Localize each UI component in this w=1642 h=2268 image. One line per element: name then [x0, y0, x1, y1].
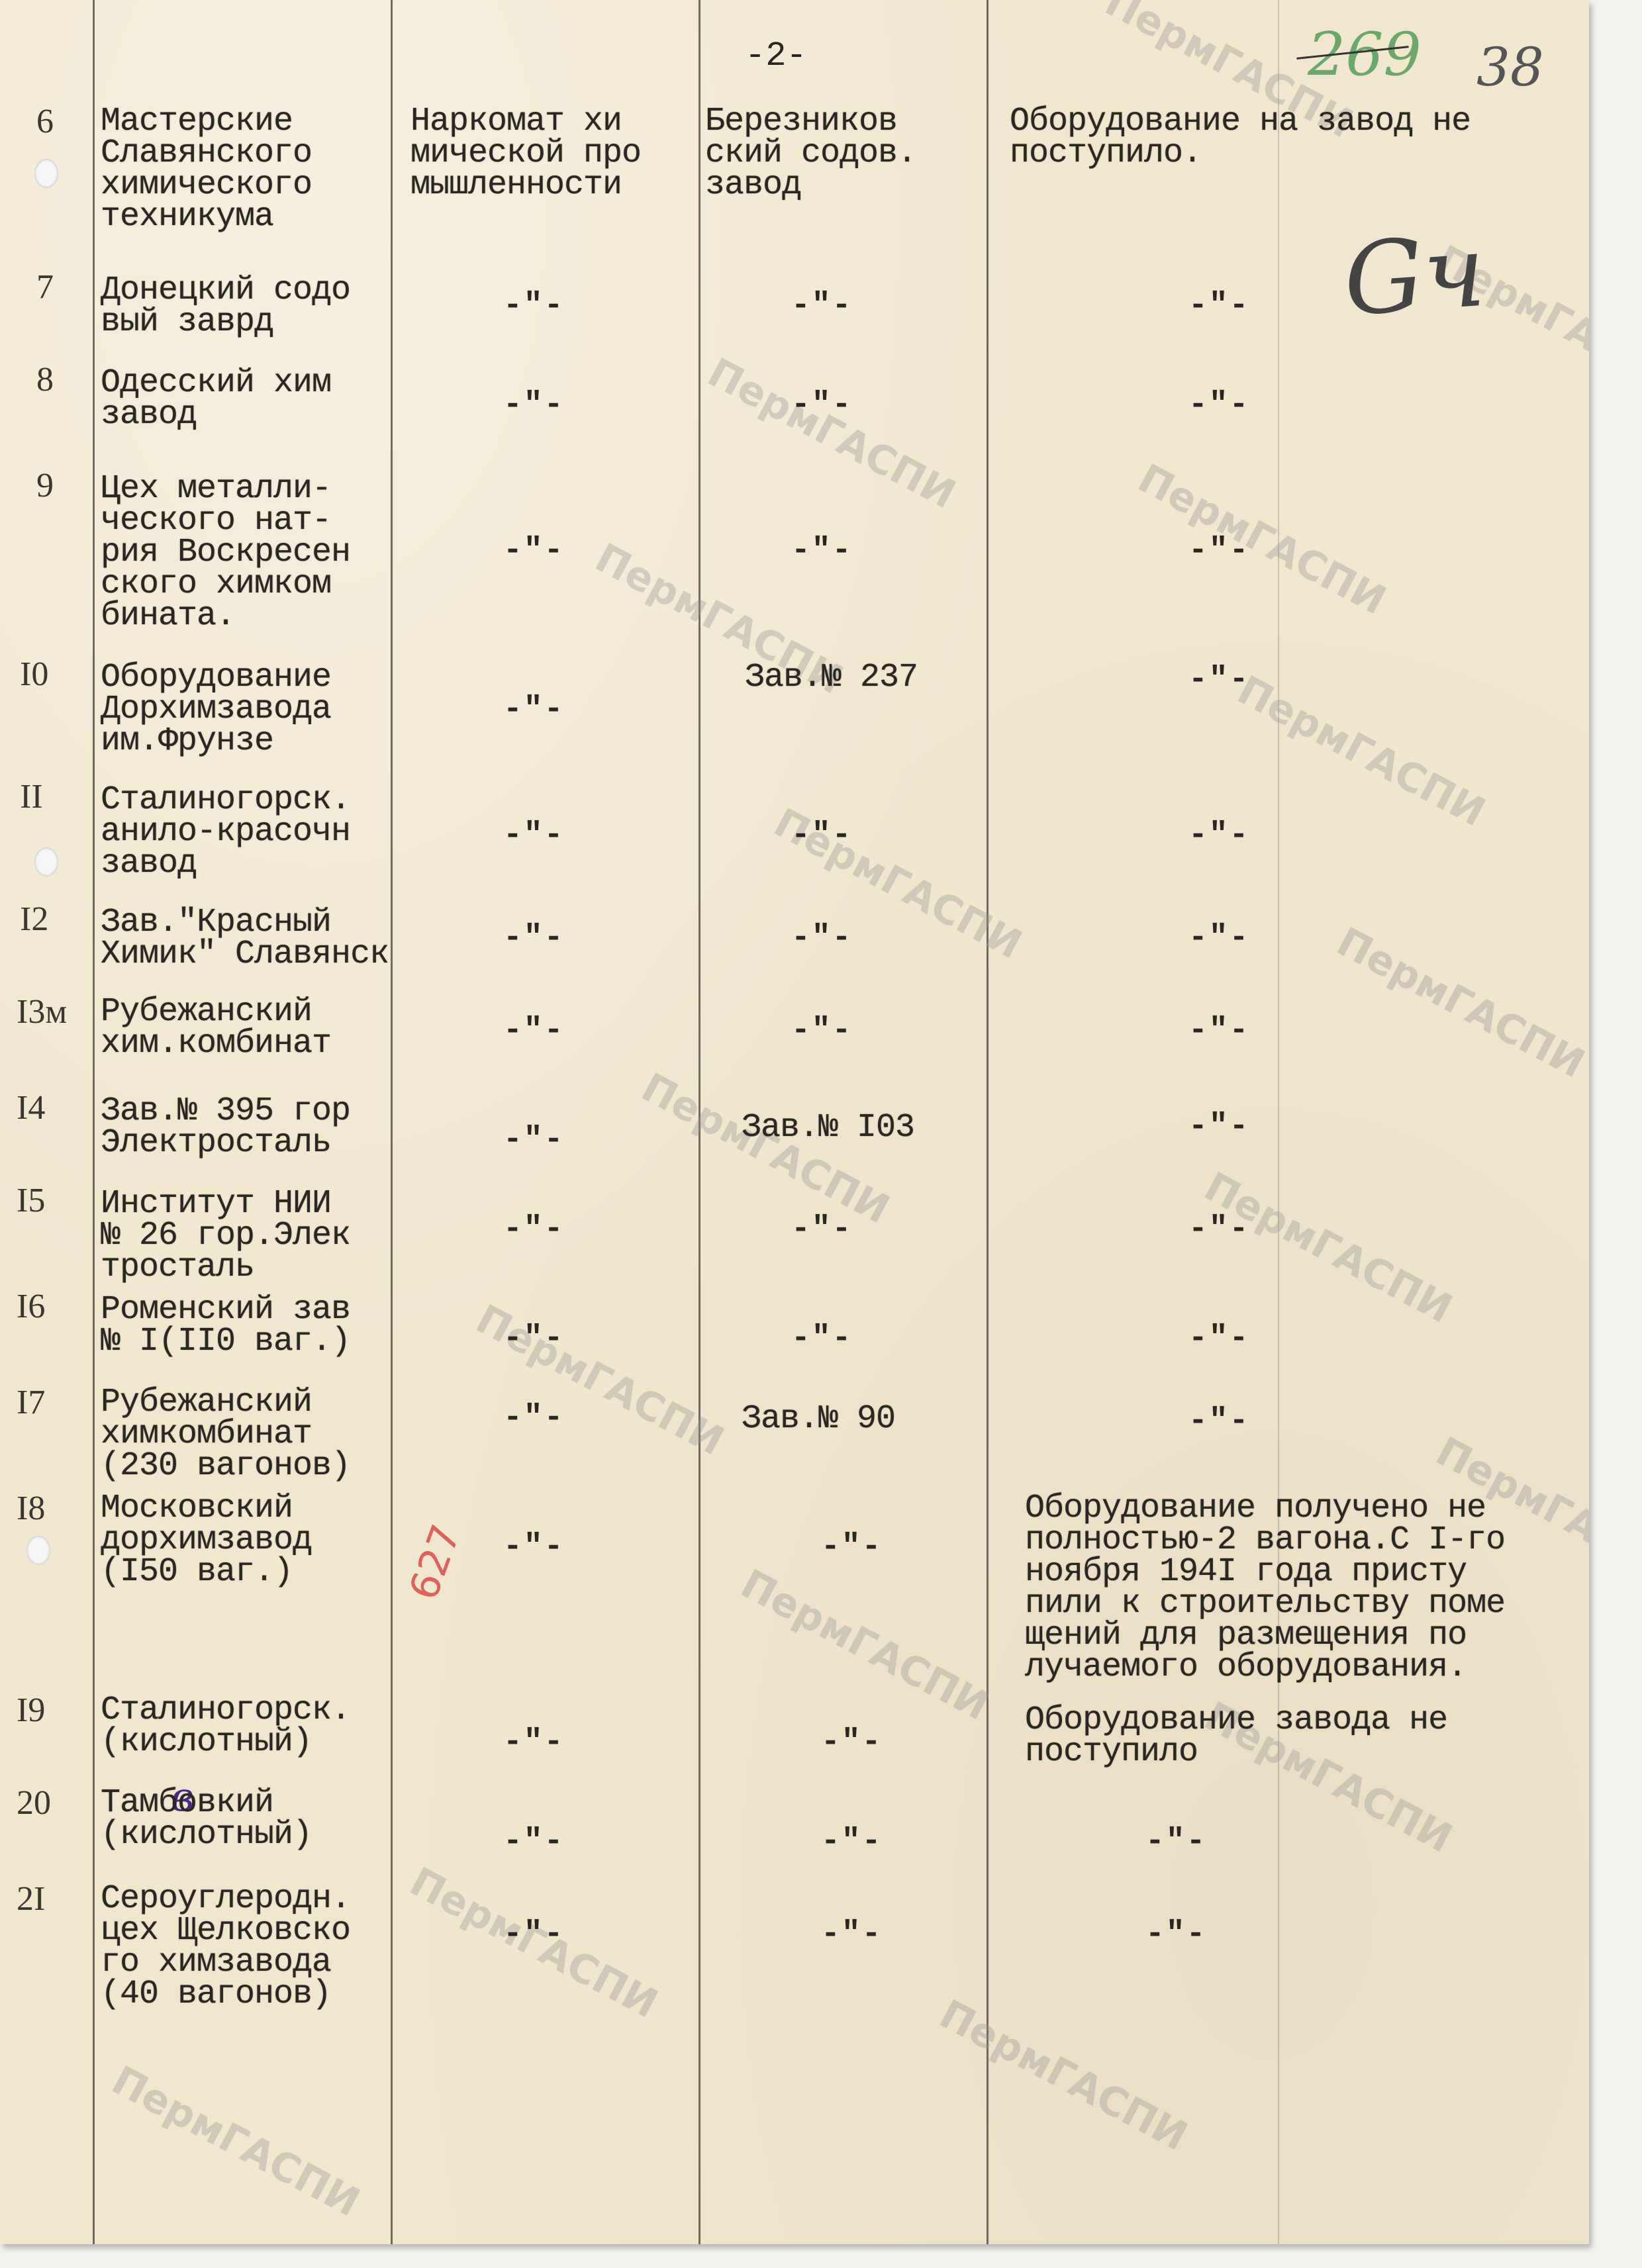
- destination-cell: -"-: [791, 1211, 852, 1247]
- status-cell: -"-: [1188, 1013, 1249, 1049]
- document-page: ПермГАСПИ ПермГАСПИ ПермГАСПИ ПермГАСПИ …: [0, 0, 1589, 2244]
- enterprise-cell: Институт НИИ № 26 гор.Элек тросталь: [101, 1188, 350, 1284]
- status-cell: -"-: [1188, 1403, 1249, 1439]
- destination-cell: -"-: [791, 920, 852, 956]
- commissariat-cell: -"-: [503, 1824, 564, 1860]
- commissariat-cell: -"-: [503, 1122, 564, 1158]
- signature: Gч: [1340, 214, 1489, 338]
- commissariat-cell: -"-: [503, 818, 564, 853]
- status-cell: -"-: [1188, 1211, 1249, 1247]
- enterprise-cell: Зав.№ 395 гор Электросталь: [101, 1096, 350, 1159]
- row-number: I7: [17, 1387, 45, 1419]
- archive-watermark: ПермГАСПИ: [1131, 455, 1394, 624]
- punch-hole: [34, 159, 58, 188]
- enterprise-cell: Рубежанский химкомбинат (230 вагонов): [101, 1387, 350, 1482]
- status-cell: -"-: [1188, 387, 1249, 423]
- destination-cell: -"-: [791, 1321, 852, 1356]
- row-number: I3м: [17, 996, 67, 1028]
- commissariat-cell: -"-: [503, 1529, 564, 1565]
- status-cell: Оборудование получено не полностью-2 ваг…: [1025, 1493, 1505, 1683]
- row-number: I8: [17, 1493, 45, 1525]
- row-number: I5: [17, 1185, 45, 1217]
- destination-cell: Зав.№ 237: [745, 662, 918, 694]
- enterprise-cell: Роменский зав № I(II0 ваг.): [101, 1294, 350, 1358]
- archive-watermark: ПермГАСПИ: [734, 1560, 996, 1729]
- commissariat-cell: -"-: [503, 692, 564, 728]
- row-number: I4: [17, 1092, 45, 1124]
- commissariat-cell: -"-: [503, 533, 564, 569]
- destination-cell: Зав.№ 90: [742, 1403, 895, 1435]
- column-rule-commissariat: [699, 0, 700, 2244]
- status-cell: Оборудование завода не поступило: [1025, 1705, 1447, 1768]
- enterprise-cell: Сталиногорск. анило-красочн завод: [101, 784, 350, 880]
- enterprise-cell: Зав."Красный Химик" Славянск: [101, 907, 389, 970]
- status-cell: -"-: [1188, 662, 1249, 698]
- destination-cell: Березников ский содов. завод: [705, 106, 916, 201]
- commissariat-cell: -"-: [503, 920, 564, 956]
- enterprise-cell: Донецкий содо вый заврд: [101, 275, 350, 338]
- status-cell: -"-: [1188, 1109, 1249, 1145]
- commissariat-cell: -"-: [503, 1013, 564, 1049]
- row-number: 8: [36, 364, 54, 396]
- commissariat-cell: -"-: [503, 387, 564, 423]
- row-number: 2I: [17, 1883, 45, 1915]
- status-cell: -"-: [1145, 1824, 1206, 1860]
- archive-watermark: ПермГАСПИ: [105, 2057, 367, 2226]
- status-cell: -"-: [1145, 1916, 1206, 1952]
- page-number: -2-: [745, 36, 807, 75]
- archive-watermark: ПермГАСПИ: [1329, 918, 1589, 1087]
- column-rule-enterprise: [391, 0, 393, 2244]
- enterprise-cell: Московский дорхимзавод (I50 ваг.): [101, 1493, 312, 1588]
- enterprise-cell: Мастерские Славянского химического техни…: [101, 106, 312, 233]
- destination-cell: Зав.№ I03: [742, 1112, 914, 1144]
- row-number: I9: [17, 1695, 45, 1726]
- commissariat-cell: -"-: [503, 288, 564, 324]
- punch-hole: [34, 847, 58, 876]
- red-pencil-note: 627: [401, 1519, 470, 1606]
- row-number: II: [20, 781, 43, 813]
- commissariat-cell: -"-: [503, 1321, 564, 1356]
- destination-cell: -"-: [791, 818, 852, 853]
- archive-watermark: ПермГАСПИ: [932, 1991, 1195, 2159]
- row-number: 7: [36, 271, 54, 303]
- commissariat-cell: -"-: [503, 1400, 564, 1436]
- status-cell: -"-: [1188, 533, 1249, 569]
- status-cell: -"-: [1188, 288, 1249, 324]
- archive-watermark: ПермГАСПИ: [634, 1064, 897, 1233]
- row-number: I6: [17, 1291, 45, 1323]
- destination-cell: -"-: [791, 387, 852, 423]
- destination-cell: -"-: [821, 1916, 882, 1952]
- sheet-number: 38: [1476, 36, 1544, 98]
- status-cell: -"-: [1188, 1321, 1249, 1356]
- column-rule-faint: [1278, 0, 1279, 2244]
- status-cell: -"-: [1188, 920, 1249, 956]
- commissariat-cell: -"-: [503, 1916, 564, 1952]
- row-number: I2: [20, 904, 48, 935]
- row-number: 20: [17, 1787, 51, 1819]
- commissariat-cell: Наркомат хи мической про мышленности: [410, 106, 641, 201]
- enterprise-cell: Цех металли- ческого нат- рия Воскресен …: [101, 473, 350, 632]
- destination-cell: -"-: [821, 1824, 882, 1860]
- destination-cell: -"-: [821, 1725, 882, 1760]
- destination-cell: -"-: [791, 1013, 852, 1049]
- row-number: I0: [20, 659, 48, 690]
- destination-cell: -"-: [791, 533, 852, 569]
- destination-cell: -"-: [791, 288, 852, 324]
- archive-watermark: ПермГАСПИ: [700, 349, 963, 518]
- column-rule-num: [93, 0, 95, 2244]
- enterprise-cell: Рубежанский хим.комбинат: [101, 996, 331, 1060]
- commissariat-cell: -"-: [503, 1211, 564, 1247]
- enterprise-cell: Оборудование Дорхимзавода им.Фрунзе: [101, 662, 331, 757]
- enterprise-cell: Одесский хим завод: [101, 367, 331, 431]
- enterprise-cell: Сероуглеродн. цех Щелковско го химзавода…: [101, 1883, 350, 2010]
- destination-cell: -"-: [821, 1529, 882, 1565]
- enterprise-cell: Тамбовкий (кислотный): [101, 1787, 312, 1851]
- enterprise-cell: Сталиногорск. (кислотный): [101, 1695, 350, 1758]
- archive-watermark: ПермГАСПИ: [1197, 1163, 1460, 1332]
- status-cell: Оборудование на завод не поступило.: [1010, 106, 1471, 169]
- archive-watermark: ПермГАСПИ: [1230, 667, 1493, 835]
- status-cell: -"-: [1188, 818, 1249, 853]
- column-rule-destination: [987, 0, 989, 2244]
- row-number: 9: [36, 470, 54, 502]
- punch-hole: [26, 1536, 50, 1565]
- row-number: 6: [36, 106, 54, 138]
- commissariat-cell: -"-: [503, 1725, 564, 1760]
